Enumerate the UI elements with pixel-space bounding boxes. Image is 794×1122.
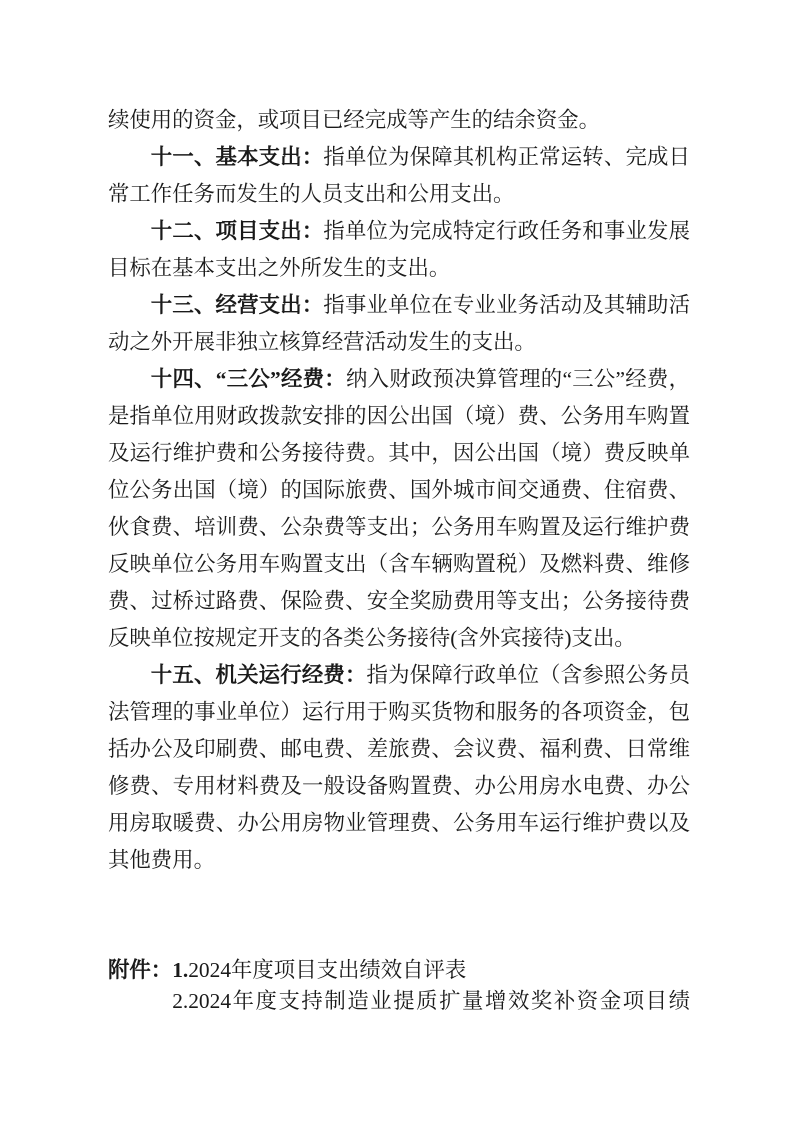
attachment-number: 1. xyxy=(172,958,188,982)
para-heading: 十二、项目支出： xyxy=(151,219,324,243)
attachment-title: 2024年度项目支出绩效自评表 xyxy=(188,958,466,982)
attachment-number: 2. xyxy=(172,989,188,1013)
attachments-label: 附件： xyxy=(108,955,172,986)
document-body: 续使用的资金，或项目已经完成等产生的结余资金。 十一、基本支出：指单位为保障其机… xyxy=(108,102,690,879)
para-heading: 十五、机关运行经费： xyxy=(151,663,367,687)
attachment-title: 2024年度支持制造业提质扩量增效奖补资金项目绩 xyxy=(188,989,690,1013)
attachment-item-1: 1.2024年度项目支出绩效自评表 xyxy=(172,955,690,986)
document-page: 续使用的资金，或项目已经完成等产生的结余资金。 十一、基本支出：指单位为保障其机… xyxy=(0,0,794,1122)
attachment-item-2: 2.2024年度支持制造业提质扩量增效奖补资金项目绩 xyxy=(172,986,690,1017)
para-heading: 十三、经营支出： xyxy=(151,293,324,317)
attachments-block: 附件： 1.2024年度项目支出绩效自评表 2.2024年度支持制造业提质扩量增… xyxy=(108,955,690,1017)
para-heading: 十四、“三公”经费： xyxy=(151,367,346,391)
para-project-expenditure: 十二、项目支出：指单位为完成特定行政任务和事业发展目标在基本支出之外所发生的支出… xyxy=(108,213,690,287)
attachments-list: 1.2024年度项目支出绩效自评表 2.2024年度支持制造业提质扩量增效奖补资… xyxy=(172,955,690,1017)
para-heading: 十一、基本支出： xyxy=(151,145,324,169)
para-carryover-funds: 续使用的资金，或项目已经完成等产生的结余资金。 xyxy=(108,102,690,139)
para-basic-expenditure: 十一、基本支出：指单位为保障其机构正常运转、完成日常工作任务而发生的人员支出和公… xyxy=(108,139,690,213)
para-agency-operating-funds: 十五、机关运行经费：指为保障行政单位（含参照公务员法管理的事业单位）运行用于购买… xyxy=(108,657,690,879)
para-three-public-funds: 十四、“三公”经费：纳入财政预决算管理的“三公”经费，是指单位用财政拨款安排的因… xyxy=(108,361,690,657)
para-operating-expenditure: 十三、经营支出：指事业单位在专业业务活动及其辅助活动之外开展非独立核算经营活动发… xyxy=(108,287,690,361)
para-text: 续使用的资金，或项目已经完成等产生的结余资金。 xyxy=(108,108,600,132)
para-text: 指为保障行政单位（含参照公务员法管理的事业单位）运行用于购买货物和服务的各项资金… xyxy=(108,663,690,872)
para-text: 纳入财政预决算管理的“三公”经费，是指单位用财政拨款安排的因公出国（境）费、公务… xyxy=(108,367,690,650)
